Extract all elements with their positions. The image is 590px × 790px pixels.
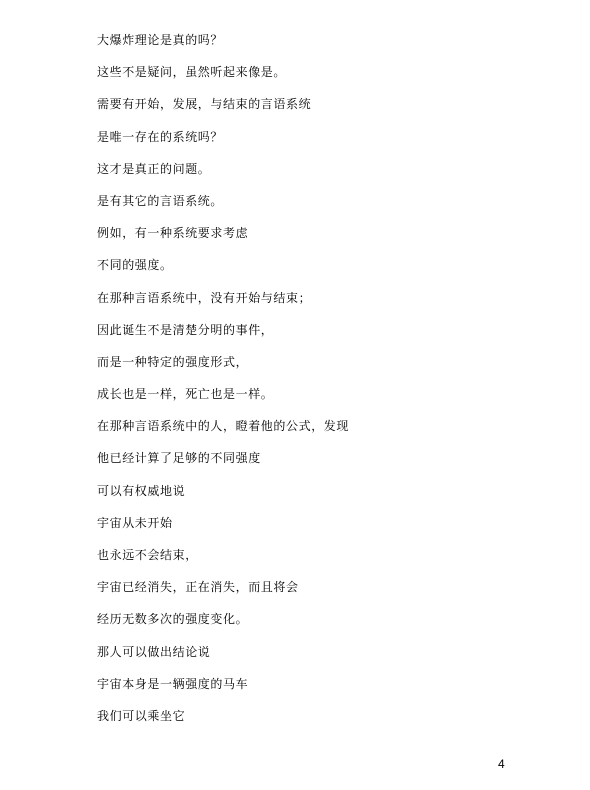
text-line: 我们可以乘坐它 <box>97 700 567 732</box>
page-number: 4 <box>498 757 505 771</box>
text-line: 因此诞生不是清楚分明的事件， <box>97 314 567 346</box>
text-line: 他已经计算了足够的不同强度 <box>97 442 567 474</box>
text-line: 宇宙本身是一辆强度的马车 <box>97 668 567 700</box>
text-line: 在那种言语系统中的人，瞪着他的公式，发现 <box>97 410 567 442</box>
document-page: 大爆炸理论是真的吗？ 这些不是疑问，虽然听起来像是。 需要有开始，发展，与结束的… <box>0 0 590 790</box>
text-line: 大爆炸理论是真的吗？ <box>97 24 567 56</box>
text-line: 经历无数多次的强度变化。 <box>97 603 567 635</box>
text-line: 是唯一存在的系统吗？ <box>97 121 567 153</box>
text-line: 也永远不会结束， <box>97 539 567 571</box>
text-line: 需要有开始，发展，与结束的言语系统 <box>97 88 567 120</box>
text-line: 成长也是一样，死亡也是一样。 <box>97 378 567 410</box>
text-line: 这才是真正的问题。 <box>97 153 567 185</box>
text-line: 是有其它的言语系统。 <box>97 185 567 217</box>
text-line: 在那种言语系统中，没有开始与结束； <box>97 282 567 314</box>
text-body: 大爆炸理论是真的吗？ 这些不是疑问，虽然听起来像是。 需要有开始，发展，与结束的… <box>97 24 567 732</box>
text-line: 宇宙已经消失，正在消失，而且将会 <box>97 571 567 603</box>
text-line: 而是一种特定的强度形式， <box>97 346 567 378</box>
text-line: 例如，有一种系统要求考虑 <box>97 217 567 249</box>
text-line: 不同的强度。 <box>97 249 567 281</box>
text-line: 那人可以做出结论说 <box>97 636 567 668</box>
text-line: 可以有权威地说 <box>97 475 567 507</box>
text-line: 这些不是疑问，虽然听起来像是。 <box>97 56 567 88</box>
text-line: 宇宙从未开始 <box>97 507 567 539</box>
